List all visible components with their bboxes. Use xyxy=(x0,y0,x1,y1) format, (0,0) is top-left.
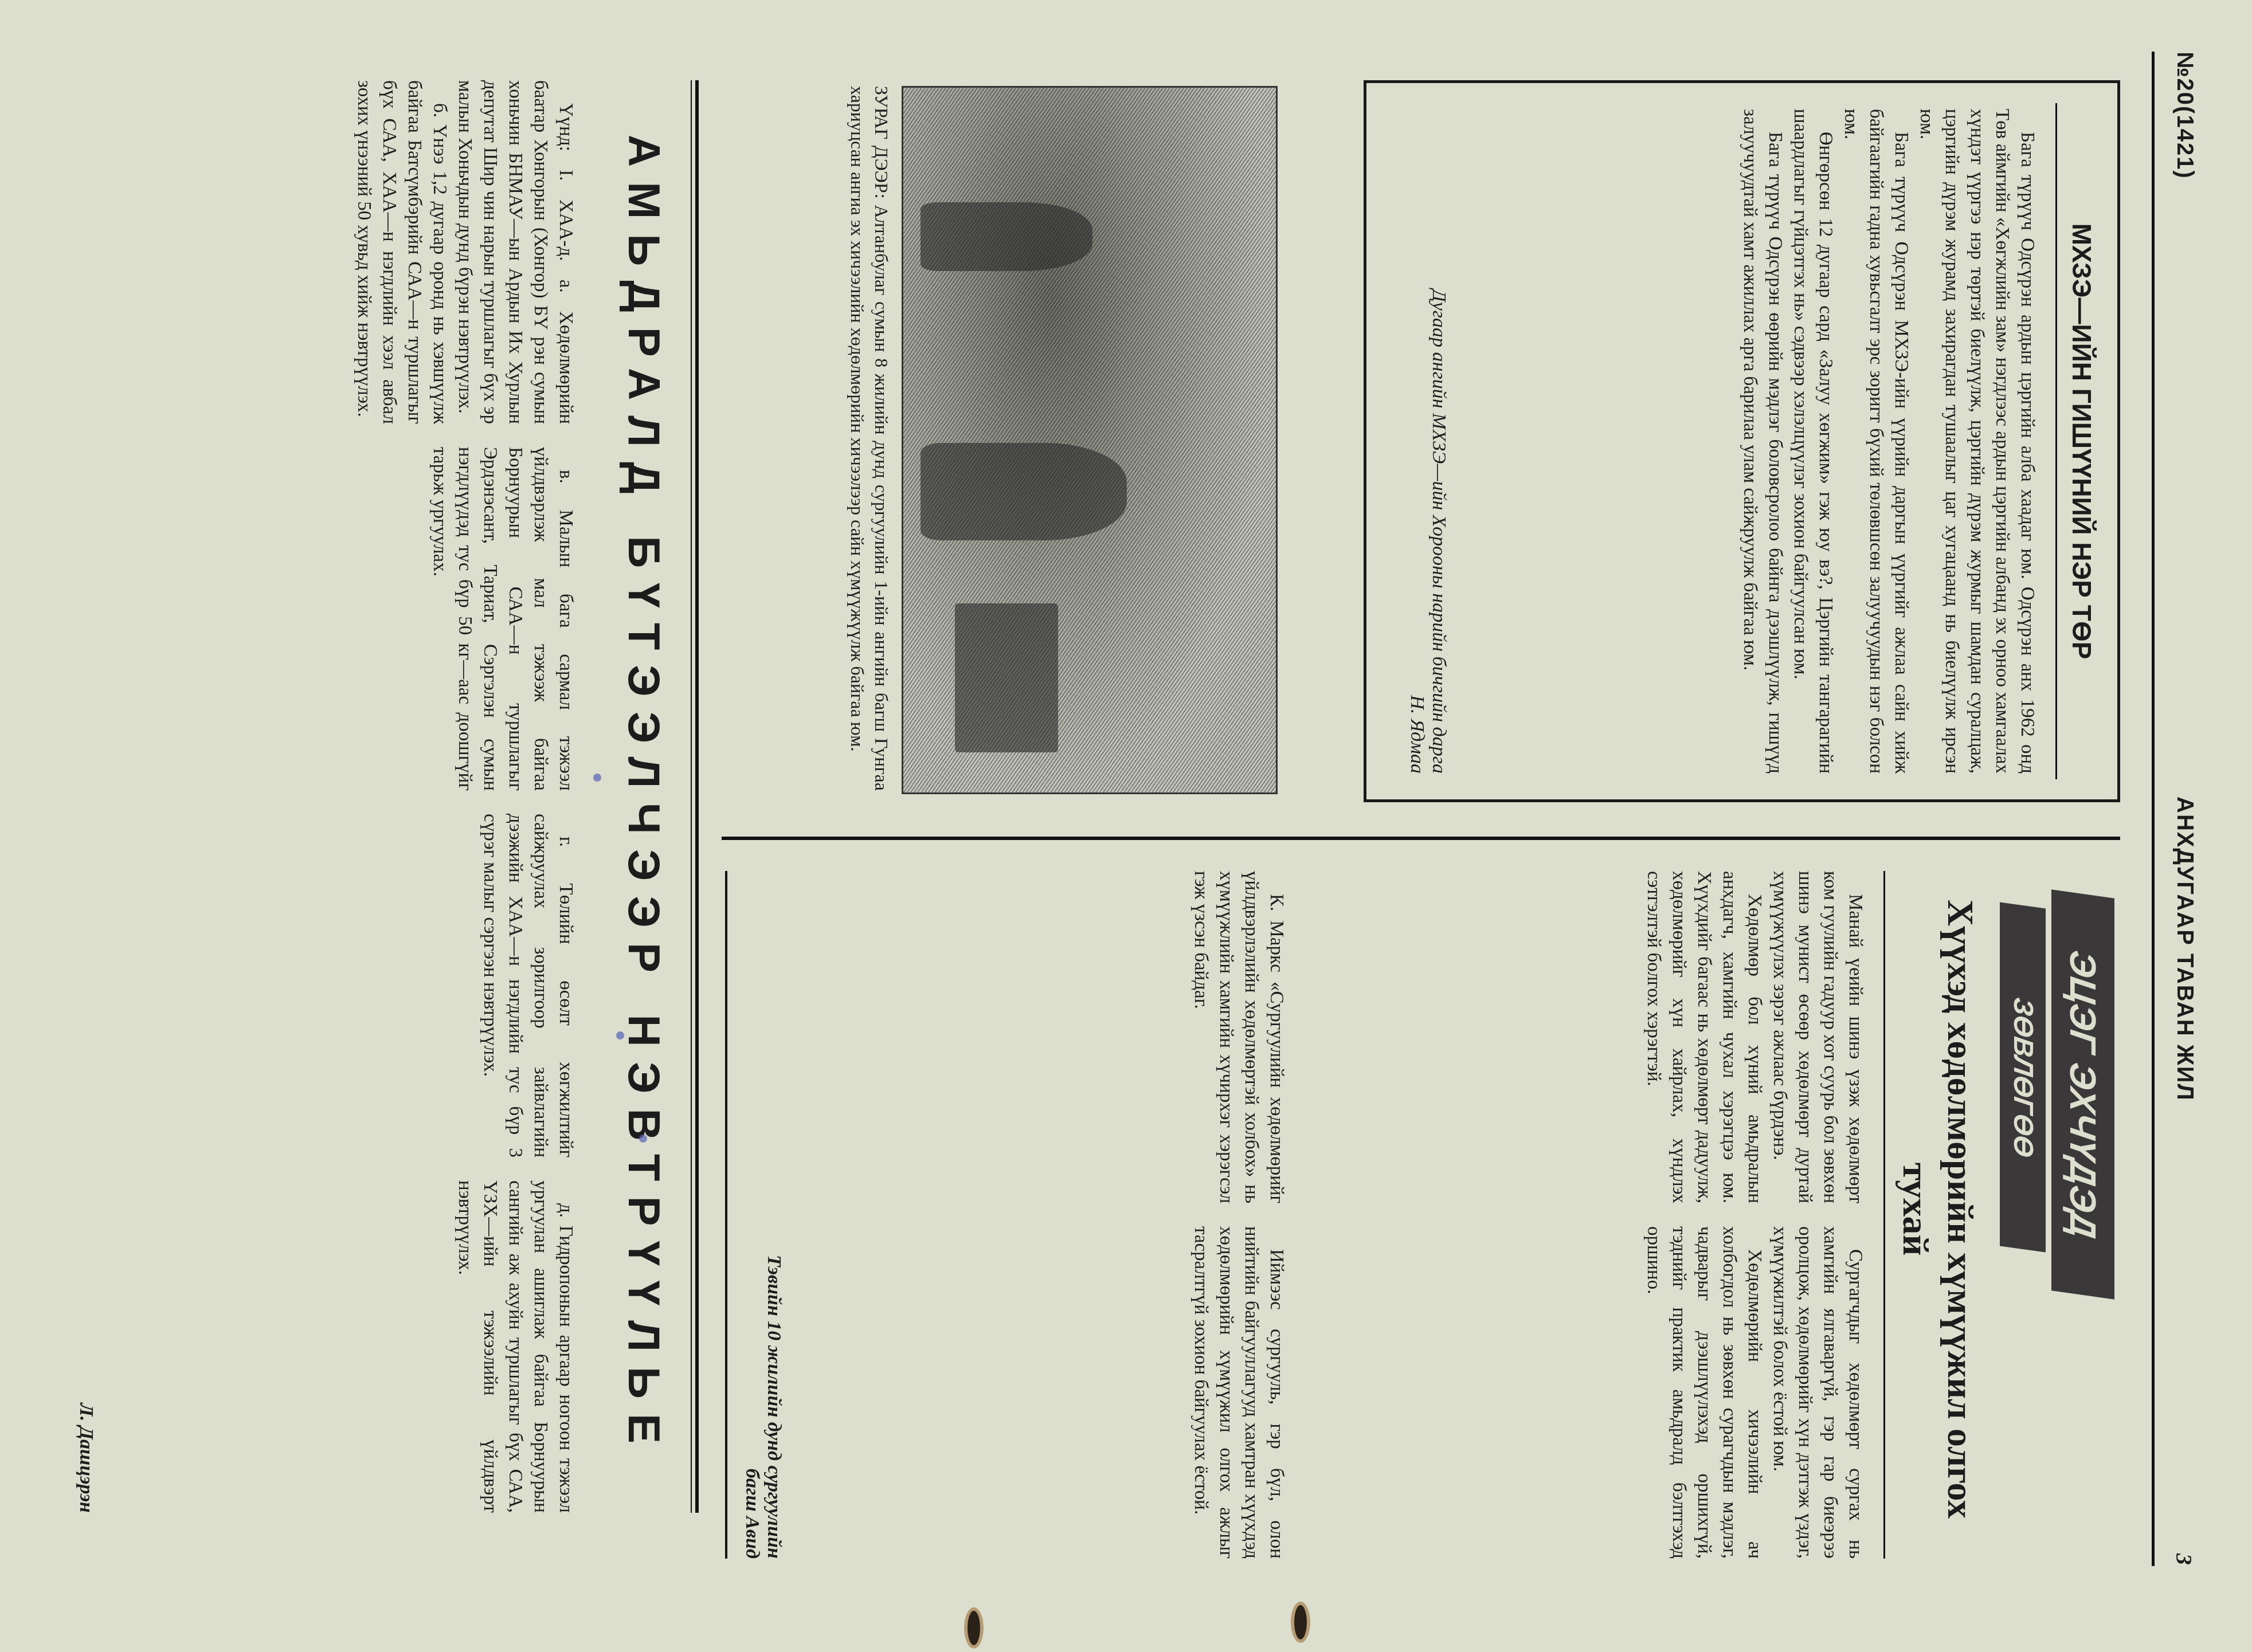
ink-mark xyxy=(593,774,601,782)
science-headline-rule xyxy=(691,80,699,1513)
photo-figure xyxy=(955,603,1058,752)
photo-caption: ЗУРАГ ДЭЭР: Алтанбулаг сумын 8 жилийн ду… xyxy=(762,86,894,791)
page-number: 3 xyxy=(2171,1553,2198,1566)
running-title: АНХДУГААР ТАВАН ЖИЛ xyxy=(2172,796,2198,1101)
science-article-column-3: г. Төлийн өсөлт хөгжилтийг сайжруулах зо… xyxy=(74,814,578,1157)
masthead: №20(1421) АНХДУГААР ТАВАН ЖИЛ 3 xyxy=(2157,52,2198,1566)
photo-figure xyxy=(921,202,1092,271)
science-article-column-1: Үүнд: I. ХАА-д. а. Хөдөлмөрийн баатар Хо… xyxy=(74,80,578,424)
children-article-column-2: Сургагчдыг хөдөлмөрт сургах нь хамгийн я… xyxy=(1318,1226,1868,1559)
punch-hole xyxy=(968,1611,980,1645)
youth-article-column: Бага түрүүч Одсүрэн ардын цэргийн алба х… xyxy=(1467,109,2040,774)
youth-article-headline: МХЗЭ—ИЙН ГИШҮҮНИЙ НЭР ТӨР xyxy=(2066,103,2097,779)
science-article-column-2: в. Малын бага сармал тэжээл үйлдвэрлэж м… xyxy=(74,447,578,791)
newspaper-page: №20(1421) АНХДУГААР ТАВАН ЖИЛ 3 МХЗЭ—ИЙН… xyxy=(0,0,2252,1652)
youth-article-signature: Дугаар ангийн МХЗЭ—ийн Хорооны нарийн би… xyxy=(1406,287,1450,774)
children-article-column-3: К. Маркс «Сургуулийн хөдөлмөрийг үйлдвэр… xyxy=(745,871,1289,1203)
vertical-column-rule xyxy=(722,837,2120,840)
section-banner-logo: ЭЦЭГ ЭХЧҮДЭД xyxy=(2051,889,2114,1299)
masthead-rule xyxy=(2152,52,2155,1566)
children-article-column-4: Иймээс сургууль, гэр бүл, олон нийтийн б… xyxy=(796,1226,1289,1559)
headline-rule xyxy=(2055,103,2057,779)
headline-underline xyxy=(1883,871,1885,1559)
children-article-headline: Хүүхэд хөдөлмөрийн хүмүүжил олгох тухай xyxy=(1893,894,1983,1524)
punch-hole xyxy=(1294,1605,1307,1639)
issue-number: №20(1421) xyxy=(2172,52,2198,179)
classroom-photo xyxy=(902,86,1278,794)
children-article-signature: Тэвийн 10 жилийн дунд сургуулийн багш Ав… xyxy=(741,1226,785,1559)
section-banner-logo-sub: ЗӨВЛӨГӨӨ xyxy=(2000,902,2046,1252)
ink-mark xyxy=(616,1031,624,1039)
science-article-column-4: д. Гидропонын аргаар ногоон тэжээл ургуу… xyxy=(108,1180,578,1513)
ink-mark xyxy=(639,1135,647,1143)
section-bottom-rule xyxy=(725,871,727,1559)
science-article-signature: Л. Дашцэрэн xyxy=(75,1261,97,1513)
science-article-headline: АМЬДРАЛД БҮТЭЭЛЧЭЭР НЭВТРҮҮЛЬЕ xyxy=(618,80,670,1513)
photo-figure xyxy=(921,443,1127,540)
children-article-column-1: Манай үеийн шинэ үзэж хөдөлмөрт ком гуул… xyxy=(1318,871,1868,1203)
